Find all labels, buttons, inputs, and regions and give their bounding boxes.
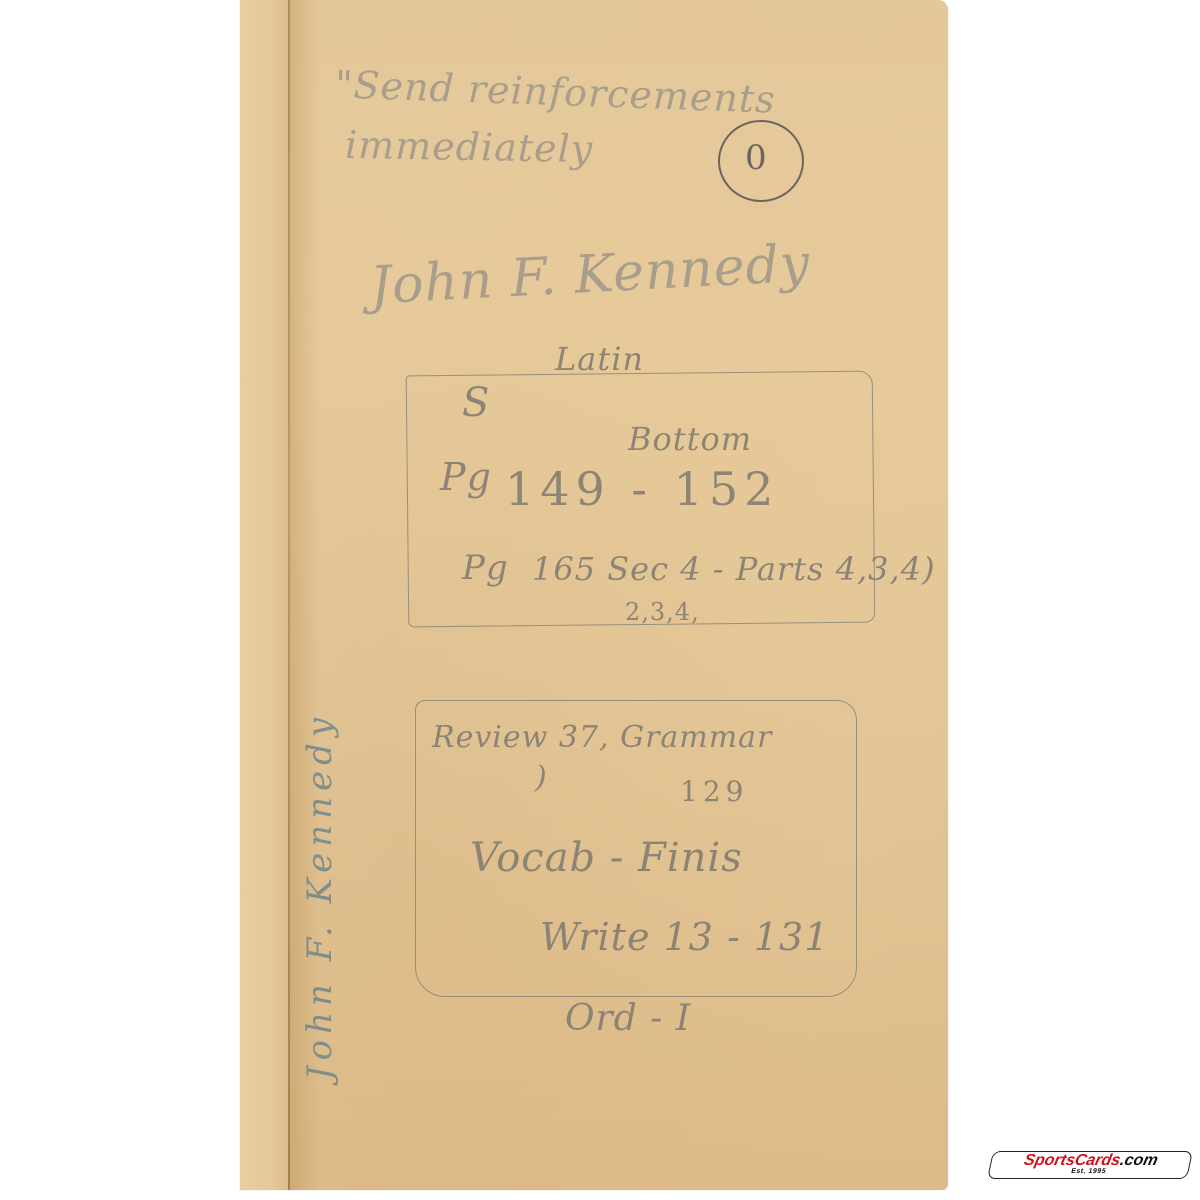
box2-review-grammar: Review 37, Grammar: [432, 720, 772, 755]
box2-page-129: 129: [680, 775, 748, 808]
box1-parts-numbers: 2,3,4,: [625, 598, 700, 626]
left-fold-strip: [240, 0, 289, 1190]
box2-write-pages: Write 13 - 131: [540, 915, 829, 959]
box1-page-range: 149 - 152: [505, 462, 779, 516]
logo-cards: Cards: [1073, 1152, 1122, 1169]
margin-signature-vertical: John F. Kennedy: [300, 712, 340, 1080]
note-line-immediately: immediately: [345, 123, 594, 171]
box1-pg-label-1: Pg: [440, 455, 492, 499]
box1-s-mark: S: [462, 380, 490, 426]
box2-vocab-finis: Vocab - Finis: [470, 835, 743, 881]
sportscards-logo[interactable]: SportsCards.com Est. 1995: [987, 1151, 1193, 1179]
logo-dotcom: .com: [1118, 1152, 1159, 1169]
circled-zero-digit: 0: [745, 138, 768, 178]
box2-paren: ): [535, 760, 548, 795]
logo-tagline: Est. 1995: [989, 1168, 1189, 1176]
box2-ord: Ord - I: [565, 998, 691, 1039]
logo-sports: Sports: [1022, 1152, 1076, 1169]
box1-section-parts: 165 Sec 4 - Parts 4,3,4): [532, 550, 936, 588]
box1-pg-label-2: Pg: [462, 548, 509, 588]
box1-bottom-label: Bottom: [628, 420, 752, 458]
logo-wordmark: SportsCards.com: [990, 1153, 1191, 1169]
